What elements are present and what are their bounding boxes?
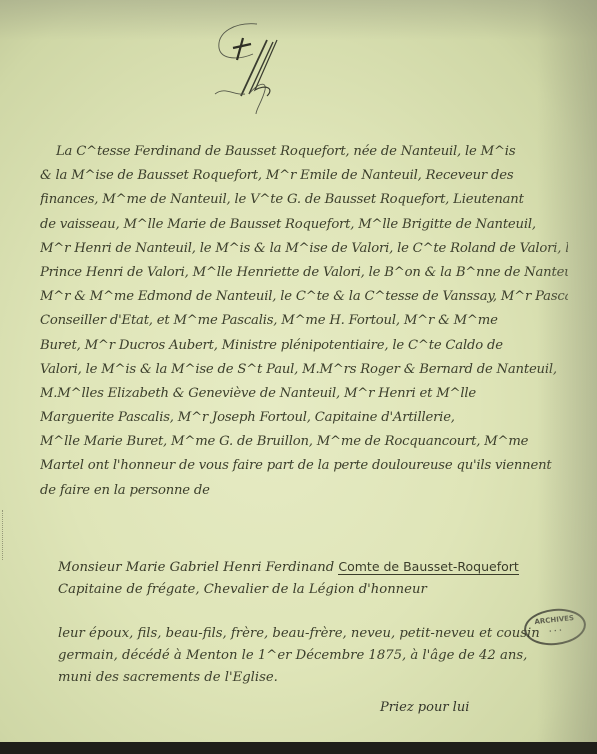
announcement-text: La C^tesse Ferdinand de Bausset Roquefor… [40,140,568,503]
announcement-line: M.M^lles Elizabeth & Geneviève de Nanteu… [40,382,568,406]
deceased-title-name: Comte de Bausset-Roquefort [338,559,518,575]
deceased-given-names: Monsieur Marie Gabriel Henri Ferdinand [58,560,334,575]
announcement-line: de faire en la personne de [40,479,568,503]
announcement-line: & la M^ise de Bausset Roquefort, M^r Emi… [40,164,568,188]
announcement-line: M^r & M^me Edmond de Nanteuil, le C^te &… [40,285,568,309]
announcement-line: finances, M^me de Nanteuil, le V^te G. d… [40,188,568,212]
closing-text: leur époux, fils, beau-fils, frère, beau… [58,623,578,689]
announcement-line: M^lle Marie Buret, M^me G. de Bruillon, … [40,430,568,454]
announcement-line: M^r Henri de Nanteuil, le M^is & la M^is… [40,237,568,261]
announcement-line: Buret, M^r Ducros Aubert, Ministre pléni… [40,334,568,358]
announcement-line: de vaisseau, M^lle Marie de Bausset Roqu… [40,213,568,237]
announcement-line: Prince Henri de Valori, M^lle Henriette … [40,261,568,285]
announcement-line: La C^tesse Ferdinand de Bausset Roquefor… [40,140,568,164]
closing-line: muni des sacrements de l'Eglise. [58,667,578,689]
deceased-name-line: Monsieur Marie Gabriel Henri Ferdinand C… [58,555,578,578]
scan-bottom-edge [0,742,597,754]
announcement-line: Valori, le M^is & la M^ise de S^t Paul, … [40,358,568,382]
prayer-line: Priez pour lui [380,700,469,715]
stamp-line: ARCHIVES [525,612,584,629]
deceased-rank: Capitaine de frégate, Chevalier de la Lé… [58,578,578,601]
closing-line: germain, décédé à Menton le 1^er Décembr… [58,645,578,667]
announcement-line: Conseiller d'Etat, et M^me Pascalis, M^m… [40,309,568,333]
announcement-line: Martel ont l'honneur de vous faire part … [40,454,568,478]
scanned-document-page: La C^tesse Ferdinand de Bausset Roquefor… [0,0,597,742]
margin-annotation [2,510,7,560]
closing-line: leur époux, fils, beau-fils, frère, beau… [58,623,578,645]
monogram-cross-m-icon [205,14,295,114]
deceased-block: Monsieur Marie Gabriel Henri Ferdinand C… [58,555,578,601]
announcement-line: Marguerite Pascalis, M^r Joseph Fortoul,… [40,406,568,430]
